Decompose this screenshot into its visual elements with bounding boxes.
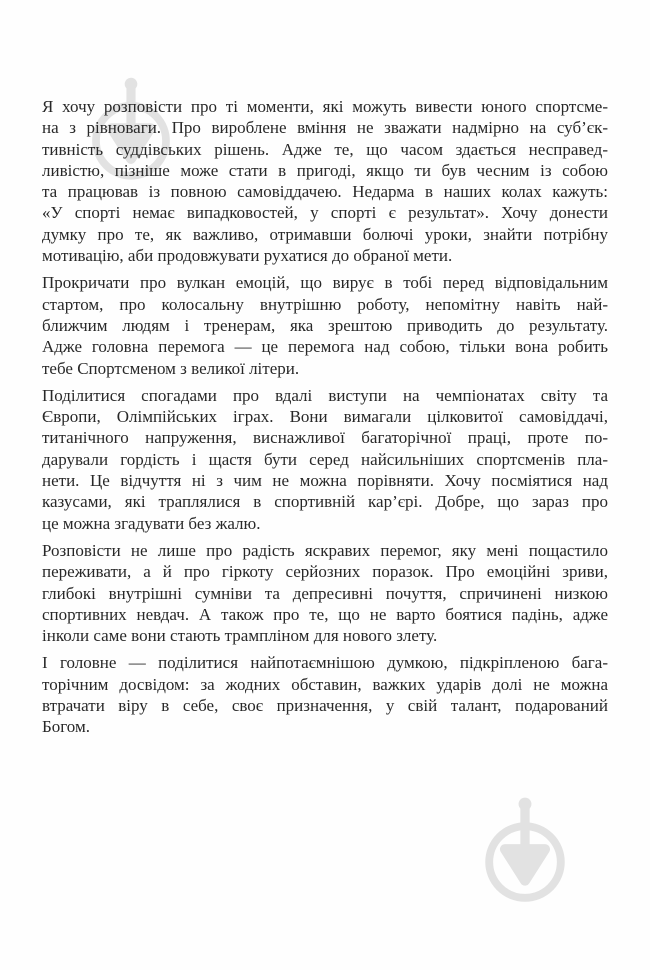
text-line: титанічного напруження, виснажливої бага…	[42, 427, 608, 448]
text-line: Прокричати про вулкан емоцій, що вирує в…	[42, 272, 608, 293]
paragraph: Я хочу розповісти про ті моменти, які мо…	[42, 96, 608, 266]
paragraph: Розповісти не лише про радість яскравих …	[42, 540, 608, 646]
text-line: на з рівноваги. Про вироблене вміння не …	[42, 117, 608, 138]
text-line: інколи саме вони стають трампліном для н…	[42, 625, 608, 646]
text-line: втрачати віру в себе, своє призначення, …	[42, 695, 608, 716]
paragraph: І головне — поділитися найпотаємнішою ду…	[42, 652, 608, 737]
text-line: «У спорті немає випадковостей, у спорті …	[42, 202, 608, 223]
text-line: мотивацію, аби продовжувати рухатися до …	[42, 245, 608, 266]
text-line: стартом, про колосальну внутрішню роботу…	[42, 294, 608, 315]
paragraph: Поділитися спогадами про вдалі виступи н…	[42, 385, 608, 534]
text-line: тебе Спортсменом з великої літери.	[42, 358, 608, 379]
text-line: ближчим людям і тренерам, яка зрештою пр…	[42, 315, 608, 336]
text-line: дарували гордість і щастя бути серед най…	[42, 449, 608, 470]
book-page: Я хочу розповісти про ті моменти, які мо…	[0, 0, 650, 970]
text-line: тивність суддівських рішень. Адже те, що…	[42, 139, 608, 160]
text-line: нети. Це відчуття ні з чим не можна порі…	[42, 470, 608, 491]
text-line: Європи, Олімпійських іграх. Вони вимагал…	[42, 406, 608, 427]
text-line: Адже головна перемога — це перемога над …	[42, 336, 608, 357]
text-line: торічним досвідом: за жодних обставин, в…	[42, 674, 608, 695]
text-line: Богом.	[42, 716, 608, 737]
watermark-logo-icon	[482, 794, 568, 905]
text-line: Поділитися спогадами про вдалі виступи н…	[42, 385, 608, 406]
paragraph: Прокричати про вулкан емоцій, що вирує в…	[42, 272, 608, 378]
text-line: та працював із повною самовіддачею. Неда…	[42, 181, 608, 202]
text-line: думку про те, як важливо, отримавши болю…	[42, 224, 608, 245]
text-line: спортивних невдач. А також про те, що не…	[42, 604, 608, 625]
text-line: переживати, а й про гіркоту серйозних по…	[42, 561, 608, 582]
text-line: Розповісти не лише про радість яскравих …	[42, 540, 608, 561]
text-line: Я хочу розповісти про ті моменти, які мо…	[42, 96, 608, 117]
text-line: глибокі внутрішні сумніви та депресивні …	[42, 583, 608, 604]
text-line: казусами, які траплялися в спортивній ка…	[42, 491, 608, 512]
text-line: ливістю, пізніше може стати в пригоді, я…	[42, 160, 608, 181]
text-line: І головне — поділитися найпотаємнішою ду…	[42, 652, 608, 673]
text-line: це можна згадувати без жалю.	[42, 513, 608, 534]
page-text: Я хочу розповісти про ті моменти, які мо…	[42, 96, 608, 744]
